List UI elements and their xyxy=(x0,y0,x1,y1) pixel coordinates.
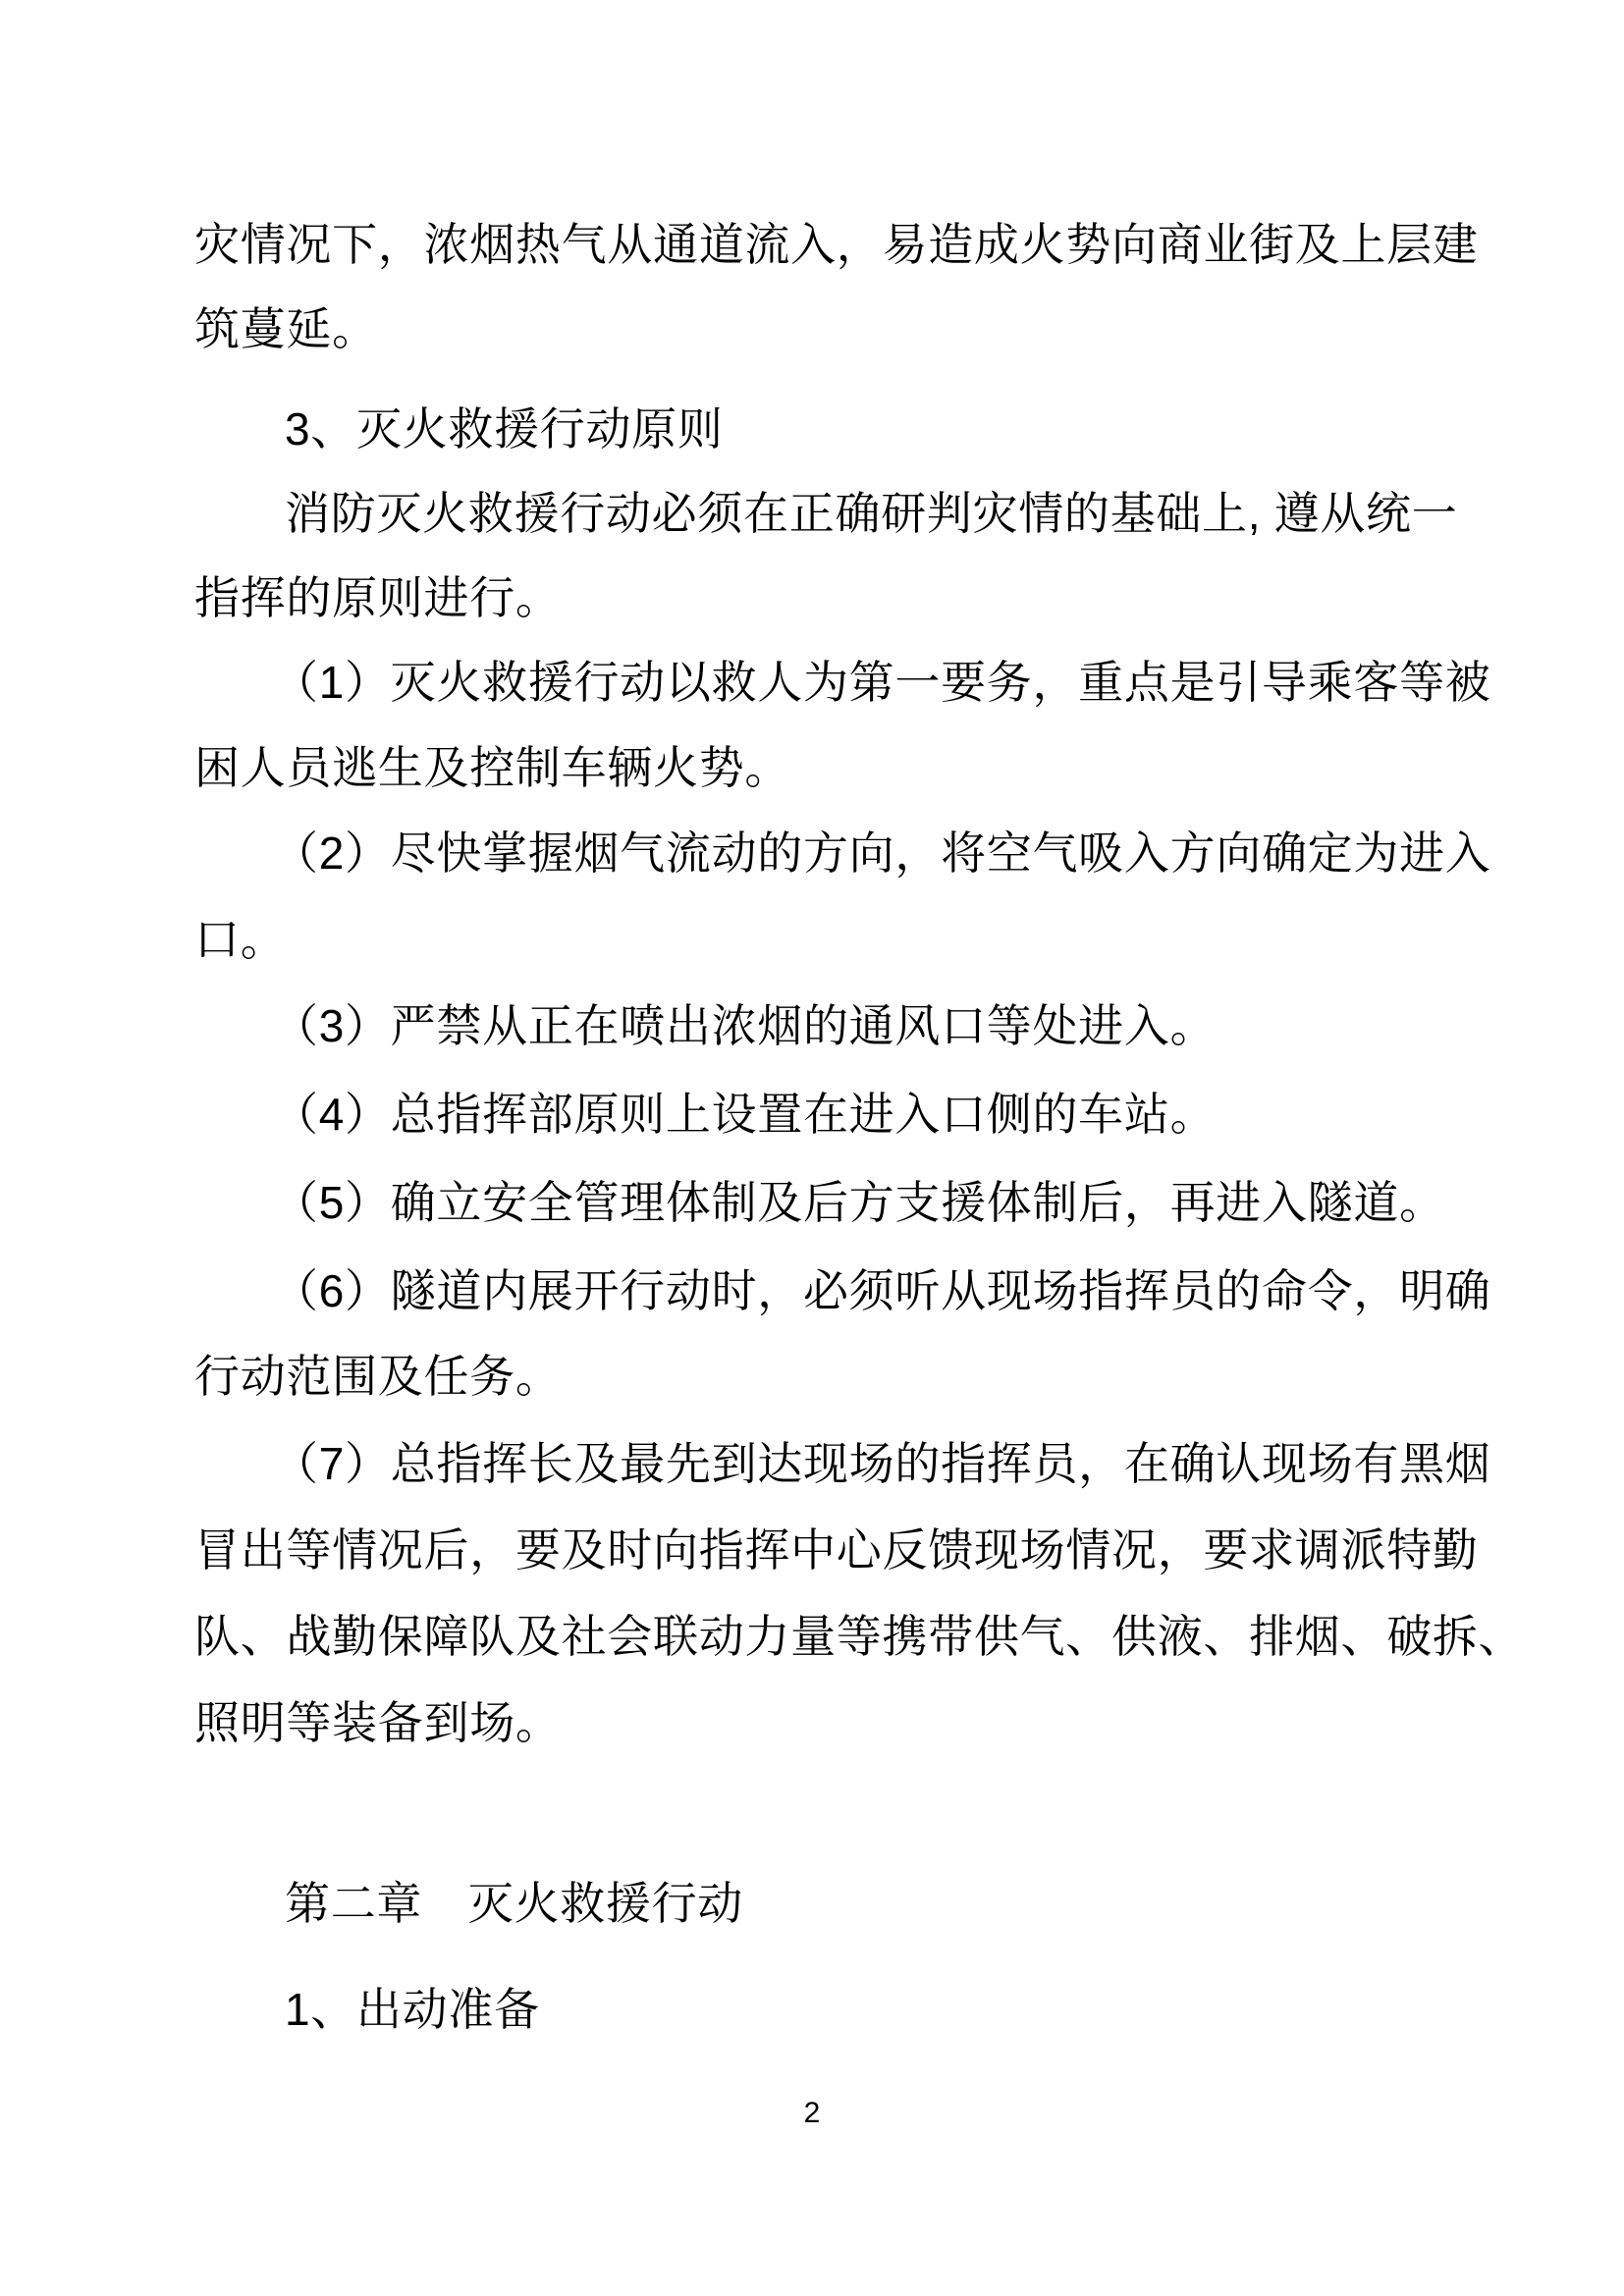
section-heading-principles: 3、灭火救援行动原则 xyxy=(285,402,724,456)
body-text-line: 队、战勤保障队及社会联动力量等携带供气、供液、排烟、破拆、 xyxy=(194,1610,1524,1664)
list-item-5: （5）确立安全管理体制及后方支援体制后，再进入隧道。 xyxy=(273,1176,1445,1230)
list-item-2: （2）尽快掌握烟气流动的方向，将空气吸入方向确定为进入 xyxy=(273,827,1490,881)
document-page: 灾情况下，浓烟热气从通道流入，易造成火势向商业街及上层建 筑蔓延。 3、灭火救援… xyxy=(0,0,1624,2296)
body-text-line: 困人员逃生及控制车辆火势。 xyxy=(194,741,790,795)
body-text-line: 指挥的原则进行。 xyxy=(194,571,562,625)
body-text-line: 筑蔓延。 xyxy=(194,302,378,356)
list-item-7: （7）总指挥长及最先到达现场的指挥员，在确认现场有黑烟 xyxy=(273,1437,1490,1491)
body-text-line: 冒出等情况后，要及时向指挥中心反馈现场情况，要求调派特勤 xyxy=(194,1523,1479,1577)
chapter-heading: 第二章 灭火救援行动 xyxy=(285,1877,743,1931)
list-item-1: （1）灭火救援行动以救人为第一要务，重点是引导乘客等被 xyxy=(273,656,1490,710)
list-item-3: （3）严禁从正在喷出浓烟的通风口等处进入。 xyxy=(273,999,1216,1053)
page-number: 2 xyxy=(0,2097,1624,2130)
body-text-line: 消防灭火救援行动必须在正确研判灾情的基础上, 遵从统一 xyxy=(285,487,1457,541)
section-heading-dispatch: 1、出动准备 xyxy=(285,1983,540,2037)
body-text-line: 照明等装备到场。 xyxy=(194,1696,562,1750)
list-item-4: （4）总指挥部原则上设置在进入口侧的车站。 xyxy=(273,1088,1216,1142)
body-text-line: 行动范围及任务。 xyxy=(194,1350,562,1404)
list-item-6: （6）隧道内展开行动时，必须听从现场指挥员的命令，明确 xyxy=(273,1264,1490,1318)
body-text-line: 口。 xyxy=(194,913,286,967)
body-text-line: 灾情况下，浓烟热气从通道流入，易造成火势向商业街及上层建 xyxy=(194,218,1479,272)
